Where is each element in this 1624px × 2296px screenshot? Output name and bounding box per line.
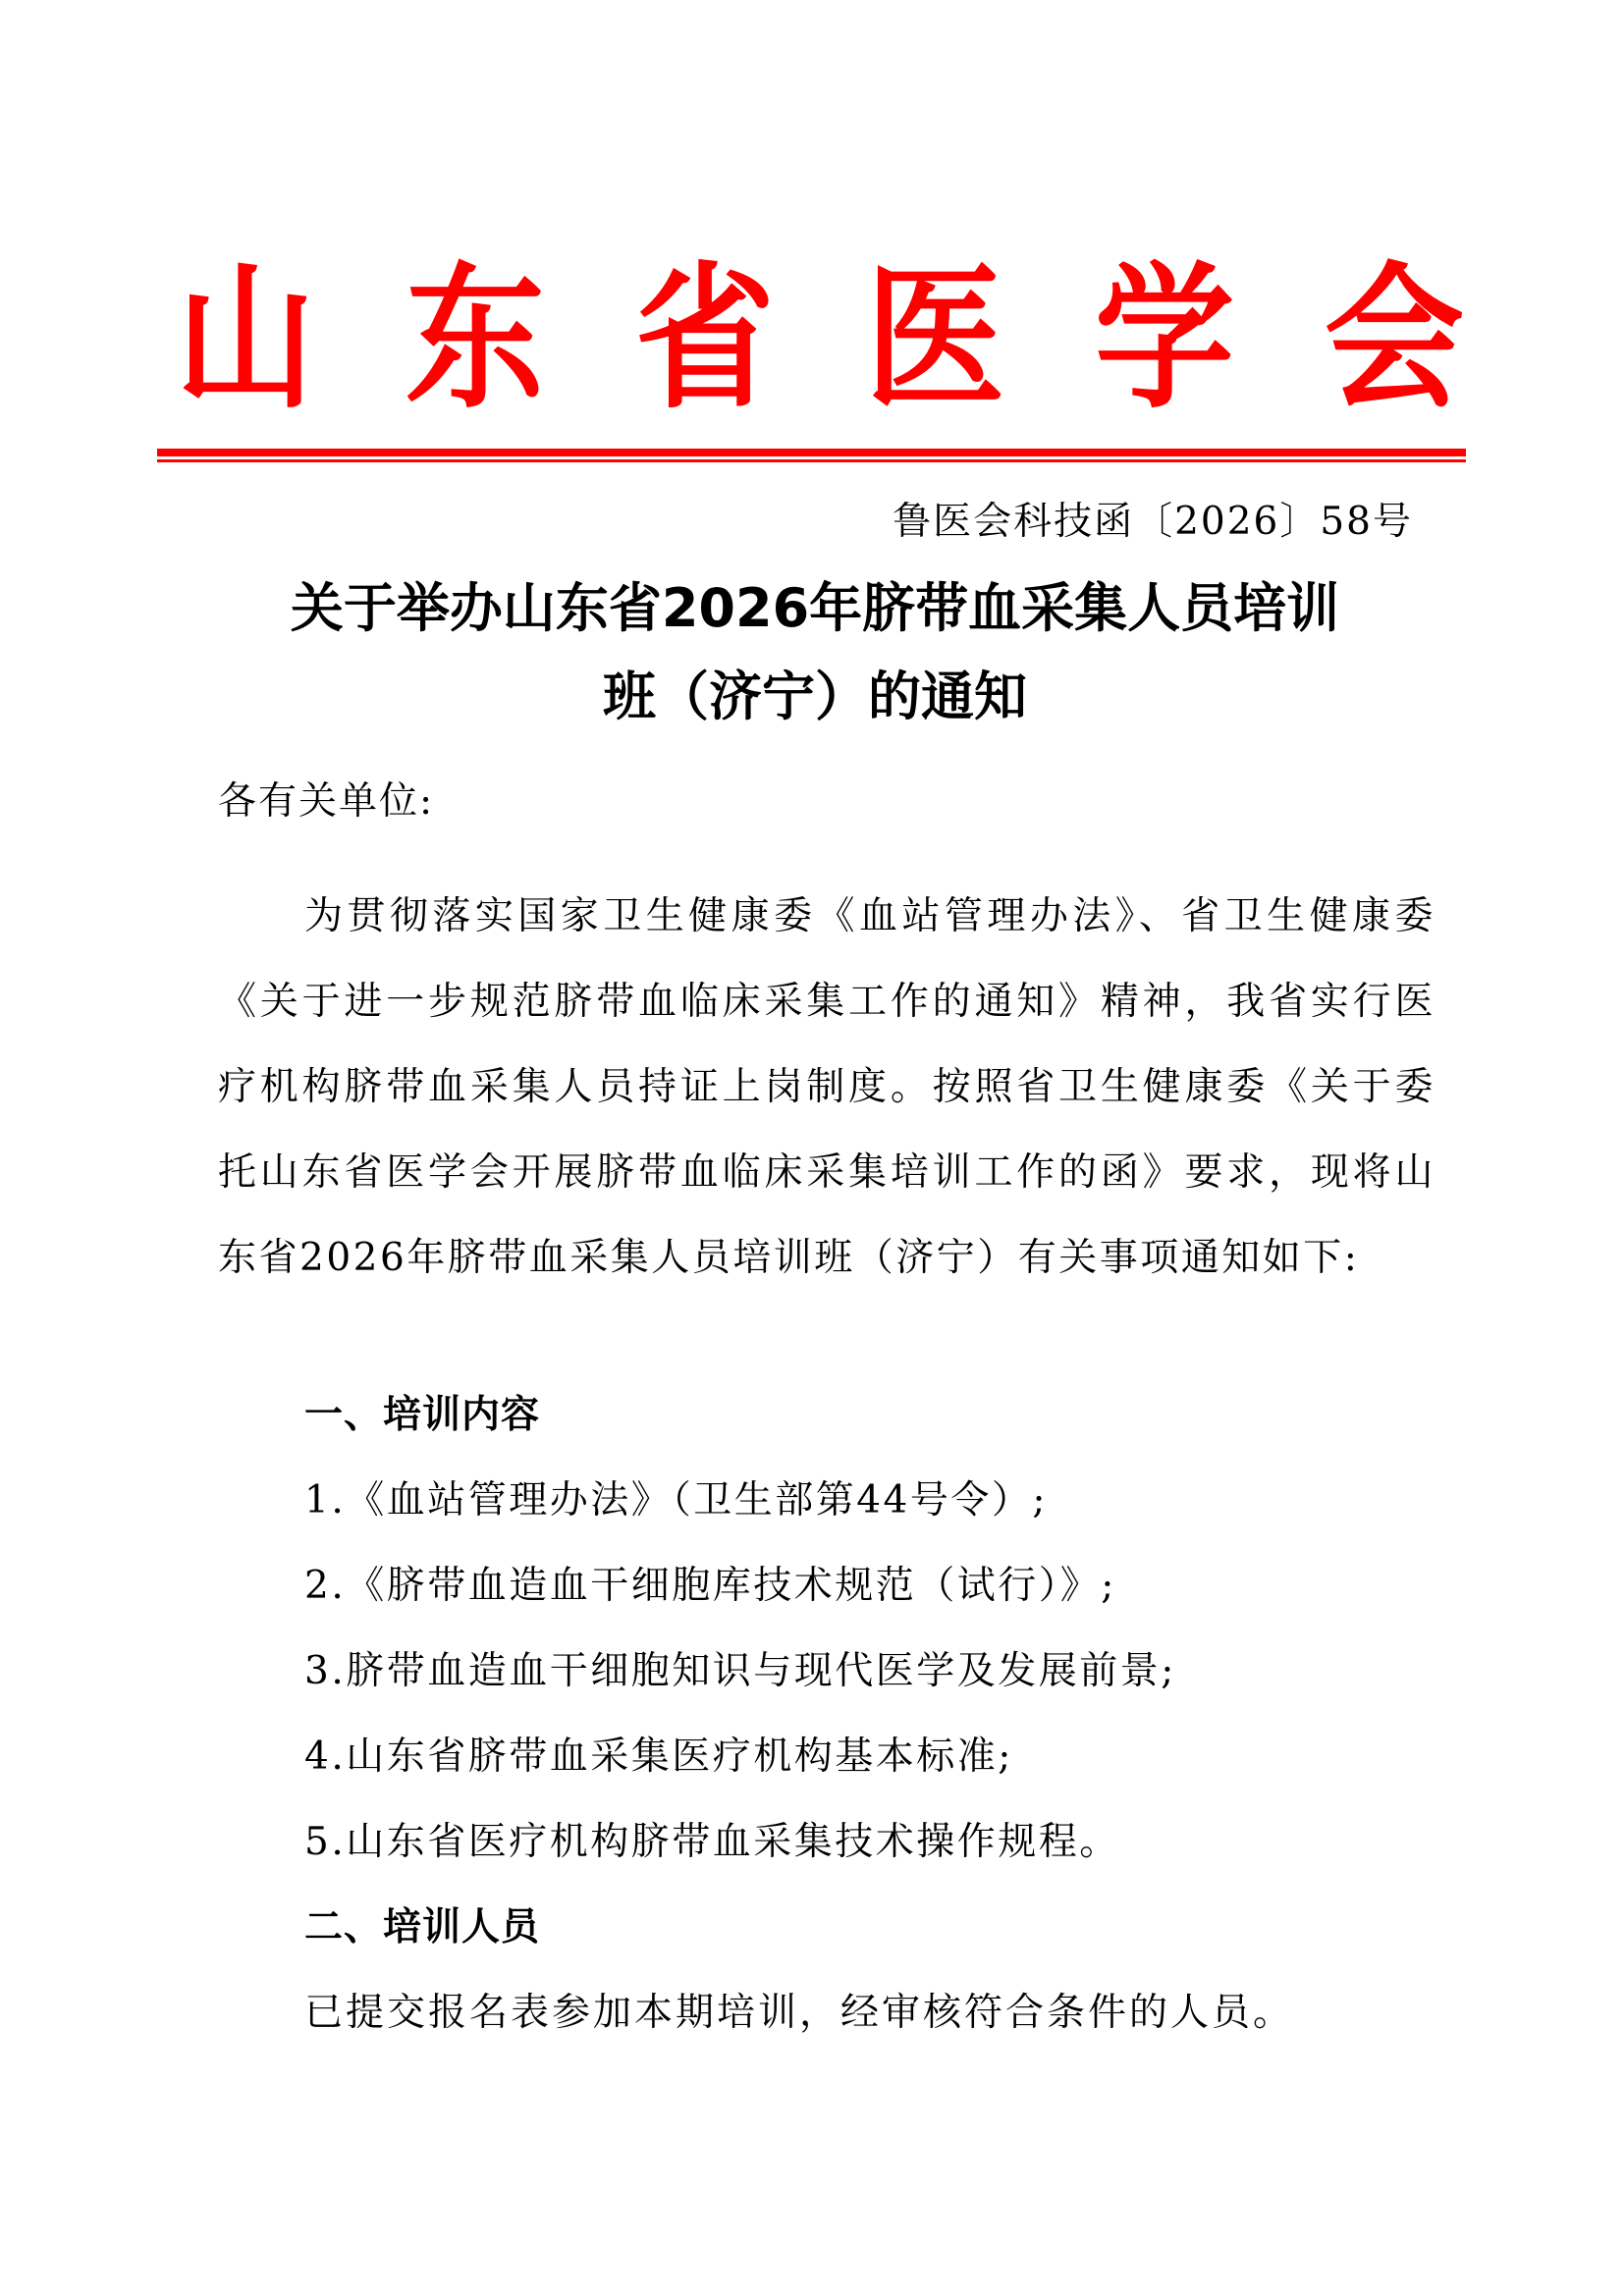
masthead-char: 山 — [172, 260, 319, 416]
masthead-char: 学 — [1091, 260, 1238, 416]
masthead-char: 会 — [1321, 260, 1468, 416]
title-line-2: 班（济宁）的通知 — [196, 653, 1434, 741]
masthead-char: 省 — [631, 260, 779, 416]
masthead-char: 东 — [402, 260, 549, 416]
list-item: 4.山东省脐带血采集医疗机构基本标准; — [304, 1726, 1013, 1781]
list-item: 3.脐带血造血干细胞知识与现代医学及发展前景; — [304, 1640, 1176, 1695]
masthead-char: 医 — [861, 260, 1008, 416]
masthead-divider-thin — [157, 459, 1466, 462]
list-item: 1.《血站管理办法》（卫生部第44号令）; — [304, 1469, 1048, 1524]
masthead-organization-name: 山 东 省 医 学 会 — [172, 265, 1468, 412]
section-heading-training-personnel: 二、培训人员 — [304, 1896, 540, 1951]
training-personnel-text: 已提交报名表参加本期培训，经审核符合条件的人员。 — [304, 1982, 1294, 2037]
document-title: 关于举办山东省2026年脐带血采集人员培训 班（济宁）的通知 — [196, 564, 1434, 741]
intro-paragraph: 为贯彻落实国家卫生健康委《血站管理办法》、省卫生健康委《关于进一步规范脐带血临床… — [218, 874, 1435, 1301]
section-heading-training-content: 一、培训内容 — [304, 1384, 540, 1439]
title-line-1: 关于举办山东省2026年脐带血采集人员培训 — [196, 564, 1434, 653]
document-number: 鲁医会科技函〔2026〕58号 — [893, 491, 1413, 546]
document-page: 山 东 省 医 学 会 鲁医会科技函〔2026〕58号 关于举办山东省2026年… — [0, 0, 1624, 2296]
salutation: 各有关单位: — [218, 771, 434, 826]
list-item: 2.《脐带血造血干细胞库技术规范（试行）》; — [304, 1555, 1116, 1610]
list-item: 5.山东省医疗机构脐带血采集技术操作规程。 — [304, 1811, 1120, 1866]
masthead-divider-thick — [157, 449, 1466, 456]
